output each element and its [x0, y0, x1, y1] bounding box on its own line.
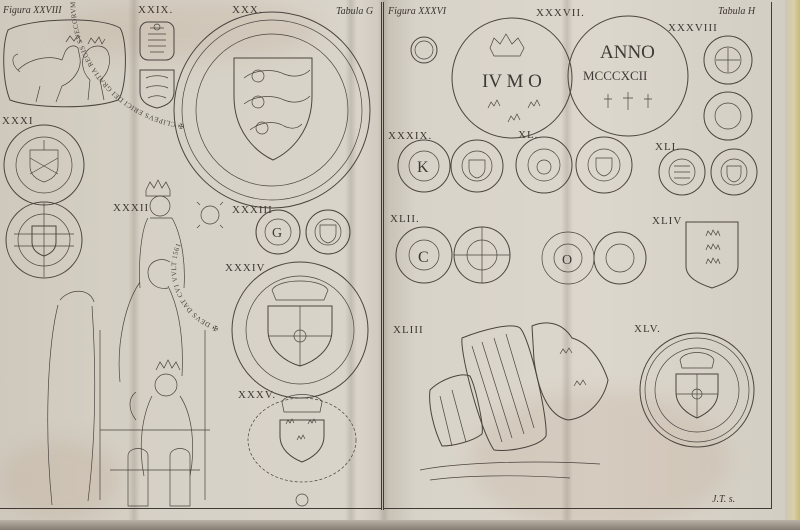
page-edge	[785, 0, 800, 530]
svg-text:✠ CLIPEVS ERICI DEI GRATIA REG: ✠ CLIPEVS ERICI DEI GRATIA REGIS SVECORV…	[69, 0, 185, 130]
svg-text:MCCCXCII: MCCCXCII	[583, 68, 647, 83]
coin-moneta-stocholm-41	[711, 149, 757, 195]
arms-three-crowns-order-chain	[248, 395, 356, 507]
coin-iohannes-rex	[659, 149, 705, 195]
svg-text:ANNO: ANNO	[600, 42, 655, 63]
shield-three-crowns	[686, 222, 738, 288]
great-seal-erici: ✠ CLIPEVS ERICI DEI GRATIA REGIS SVECORV…	[69, 0, 370, 208]
coin-moneta-stokholm	[6, 202, 82, 278]
coin-s-gustavs-rex	[516, 137, 572, 193]
medal-anno-mcccxcii: ANNO MCCCXCII	[568, 16, 688, 136]
coin-moneta-dnor	[704, 36, 752, 84]
coronation-scene	[48, 180, 223, 506]
coin-42d	[594, 232, 646, 284]
engraving-illustrations: ✠ CLIPEVS ERICI DEI GRATIA REGIS SVECORV…	[0, 0, 800, 530]
rune-stones	[420, 323, 608, 480]
coin-moneta-stocholm-g: G	[256, 210, 300, 254]
coin-kristofer-rex	[451, 140, 503, 192]
shield-three-leopards	[140, 70, 174, 108]
shield-lion-small	[140, 22, 174, 60]
book-spread: Figura XXVIII XXIX. XXX. Tabula G XXXI X…	[0, 0, 800, 530]
coin-moneta-stocholm-1448	[576, 137, 632, 193]
svg-text:O: O	[562, 253, 572, 268]
coin-moneta-aboensis: K	[398, 140, 450, 192]
royal-seal-45	[640, 333, 754, 447]
coin-ericus-rex	[704, 92, 752, 140]
binding-bottom	[0, 520, 800, 530]
coin-rex-cristern: C	[396, 227, 452, 283]
medal-iumo: IV M O	[452, 18, 572, 138]
coin-moneta-stocholm-42a	[454, 227, 510, 283]
coin-deus-dat-1561: ✠ DEVS DAT CVI VVLT 1561	[170, 242, 368, 398]
svg-text:G: G	[272, 226, 282, 241]
seal-two-lions	[4, 20, 126, 107]
coin-s-ericus	[4, 125, 84, 205]
coin-42c: O	[542, 232, 594, 284]
svg-text:IV M O: IV M O	[482, 71, 542, 92]
coin-s-ericus-rex	[306, 210, 350, 254]
svg-text:✠ DEVS DAT CVI VVLT 1561: ✠ DEVS DAT CVI VVLT 1561	[170, 242, 220, 333]
svg-text:K: K	[417, 159, 429, 176]
svg-text:C: C	[418, 249, 429, 266]
coin-face-small	[411, 37, 437, 63]
